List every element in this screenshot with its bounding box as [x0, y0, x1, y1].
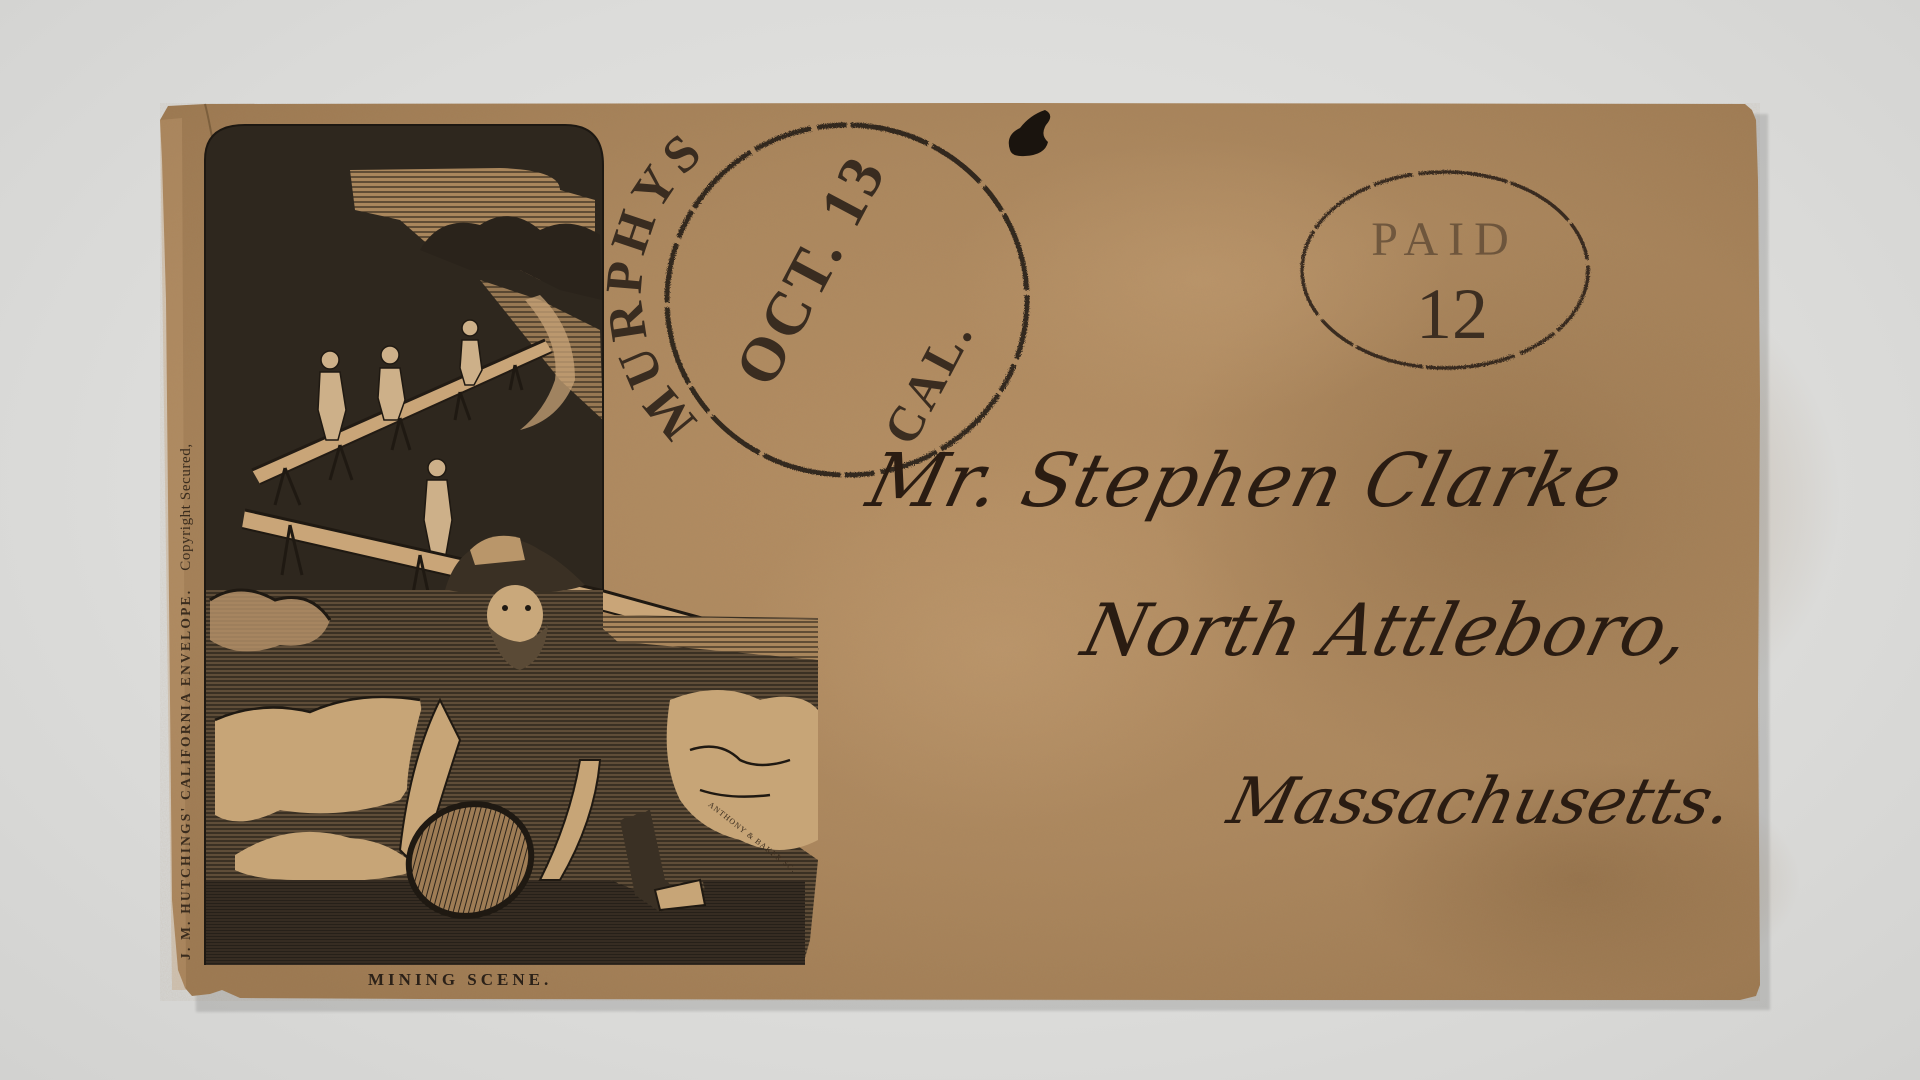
address-recipient: Mr. Stephen Clarke: [859, 438, 1631, 524]
address-state: Massachusetts.: [1221, 765, 1741, 839]
illustration-caption: MINING SCENE.: [368, 970, 552, 990]
publisher-imprint: J. M. HUTCHINGS' CALIFORNIA ENVELOPE.Cop…: [178, 443, 195, 960]
paid-label: PAID: [1371, 213, 1519, 266]
imprint-text: J. M. HUTCHINGS' CALIFORNIA ENVELOPE.: [178, 589, 193, 960]
photo-stage: MURPHYS OCT. 13 CAL. PAID 12 J. M. HUTCH…: [0, 0, 1920, 1080]
address-city: North Attleboro,: [1075, 588, 1699, 672]
paid-rate: 12: [1416, 274, 1488, 354]
copyright-text: Copyright Secured,: [178, 443, 194, 570]
envelope: MURPHYS OCT. 13 CAL. PAID 12: [0, 0, 1920, 1080]
